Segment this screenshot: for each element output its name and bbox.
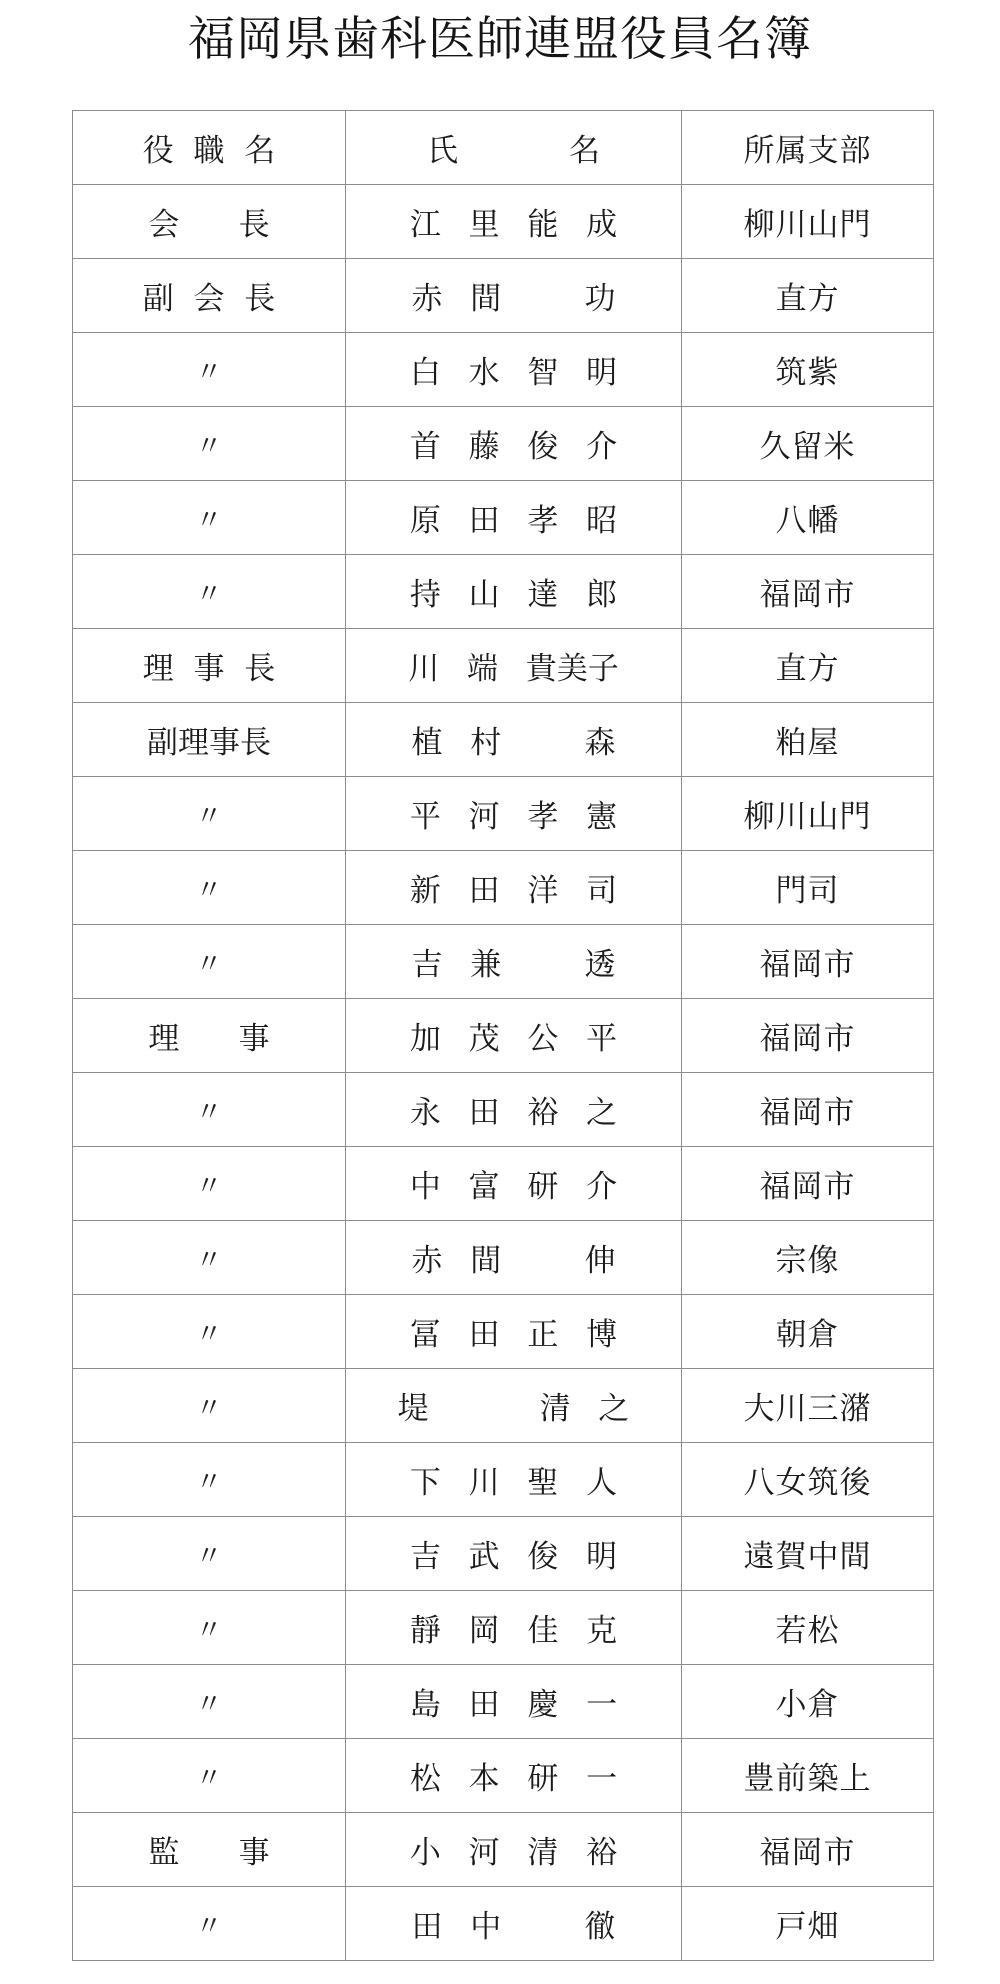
name-cell: 下 川 聖 人 (346, 1443, 682, 1517)
position-cell: 理 事 (73, 999, 346, 1073)
name-cell: 松 本 研 一 (346, 1739, 682, 1813)
table-row: 〃吉 兼 透福岡市 (73, 925, 934, 999)
document-page: 福岡県歯科医師連盟役員名簿 役 職 名 氏 名 所属支部 会 長江 里 能 成柳… (0, 0, 1000, 1984)
name-cell: 中 富 研 介 (346, 1147, 682, 1221)
position-cell: 副理事長 (73, 703, 346, 777)
table-row: 〃吉 武 俊 明遠賀中間 (73, 1517, 934, 1591)
name-cell: 川 端 貴美子 (346, 629, 682, 703)
position-cell: 〃 (73, 851, 346, 925)
position-cell: 〃 (73, 1369, 346, 1443)
table-row: 〃平 河 孝 憲柳川山門 (73, 777, 934, 851)
name-cell: 平 河 孝 憲 (346, 777, 682, 851)
name-cell: 靜 岡 佳 克 (346, 1591, 682, 1665)
table-row: 会 長江 里 能 成柳川山門 (73, 185, 934, 259)
position-cell: 監 事 (73, 1813, 346, 1887)
position-cell: 〃 (73, 1517, 346, 1591)
position-cell: 〃 (73, 1147, 346, 1221)
branch-cell: 豊前築上 (682, 1739, 934, 1813)
branch-cell: 朝倉 (682, 1295, 934, 1369)
name-cell: 堤 清 之 (346, 1369, 682, 1443)
position-cell: 〃 (73, 1295, 346, 1369)
position-cell: 〃 (73, 407, 346, 481)
table-row: 監 事小 河 清 裕福岡市 (73, 1813, 934, 1887)
table-row: 〃首 藤 俊 介久留米 (73, 407, 934, 481)
header-name: 氏 名 (346, 111, 682, 185)
branch-cell: 小倉 (682, 1665, 934, 1739)
table-row: 〃松 本 研 一豊前築上 (73, 1739, 934, 1813)
name-cell: 赤 間 伸 (346, 1221, 682, 1295)
position-cell: 〃 (73, 555, 346, 629)
position-cell: 〃 (73, 1591, 346, 1665)
position-cell: 〃 (73, 1073, 346, 1147)
branch-cell: 遠賀中間 (682, 1517, 934, 1591)
branch-cell: 福岡市 (682, 1147, 934, 1221)
position-cell: 会 長 (73, 185, 346, 259)
name-cell: 小 河 清 裕 (346, 1813, 682, 1887)
branch-cell: 福岡市 (682, 999, 934, 1073)
name-cell: 島 田 慶 一 (346, 1665, 682, 1739)
name-cell: 永 田 裕 之 (346, 1073, 682, 1147)
position-cell: 〃 (73, 777, 346, 851)
position-cell: 〃 (73, 1221, 346, 1295)
branch-cell: 久留米 (682, 407, 934, 481)
branch-cell: 福岡市 (682, 555, 934, 629)
table-row: 〃中 富 研 介福岡市 (73, 1147, 934, 1221)
table-row: 副 会 長赤 間 功直方 (73, 259, 934, 333)
name-cell: 持 山 達 郎 (346, 555, 682, 629)
name-cell: 赤 間 功 (346, 259, 682, 333)
table-row: 〃堤 清 之大川三潴 (73, 1369, 934, 1443)
roster-table: 役 職 名 氏 名 所属支部 会 長江 里 能 成柳川山門副 会 長赤 間 功直… (72, 110, 934, 1961)
branch-cell: 筑紫 (682, 333, 934, 407)
branch-cell: 福岡市 (682, 925, 934, 999)
branch-cell: 柳川山門 (682, 777, 934, 851)
position-cell: 〃 (73, 1665, 346, 1739)
name-cell: 植 村 森 (346, 703, 682, 777)
branch-cell: 門司 (682, 851, 934, 925)
table-row: 〃永 田 裕 之福岡市 (73, 1073, 934, 1147)
name-cell: 加 茂 公 平 (346, 999, 682, 1073)
table-row: 〃靜 岡 佳 克若松 (73, 1591, 934, 1665)
table-row: 〃新 田 洋 司門司 (73, 851, 934, 925)
branch-cell: 福岡市 (682, 1073, 934, 1147)
branch-cell: 宗像 (682, 1221, 934, 1295)
position-cell: 〃 (73, 925, 346, 999)
position-cell: 〃 (73, 333, 346, 407)
branch-cell: 福岡市 (682, 1813, 934, 1887)
branch-cell: 柳川山門 (682, 185, 934, 259)
name-cell: 吉 兼 透 (346, 925, 682, 999)
header-position: 役 職 名 (73, 111, 346, 185)
table-row: 〃白 水 智 明筑紫 (73, 333, 934, 407)
table-row: 〃冨 田 正 博朝倉 (73, 1295, 934, 1369)
name-cell: 白 水 智 明 (346, 333, 682, 407)
position-cell: 〃 (73, 1739, 346, 1813)
table-row: 〃持 山 達 郎福岡市 (73, 555, 934, 629)
header-branch: 所属支部 (682, 111, 934, 185)
branch-cell: 八女筑後 (682, 1443, 934, 1517)
position-cell: 理 事 長 (73, 629, 346, 703)
name-cell: 冨 田 正 博 (346, 1295, 682, 1369)
position-cell: 〃 (73, 481, 346, 555)
name-cell: 田 中 徹 (346, 1887, 682, 1961)
name-cell: 吉 武 俊 明 (346, 1517, 682, 1591)
branch-cell: 直方 (682, 259, 934, 333)
name-cell: 新 田 洋 司 (346, 851, 682, 925)
name-cell: 江 里 能 成 (346, 185, 682, 259)
name-cell: 原 田 孝 昭 (346, 481, 682, 555)
table-row: 〃田 中 徹戸畑 (73, 1887, 934, 1961)
position-cell: 〃 (73, 1443, 346, 1517)
branch-cell: 直方 (682, 629, 934, 703)
branch-cell: 大川三潴 (682, 1369, 934, 1443)
header-row: 役 職 名 氏 名 所属支部 (73, 111, 934, 185)
position-cell: 副 会 長 (73, 259, 346, 333)
branch-cell: 八幡 (682, 481, 934, 555)
table-row: 理 事 長川 端 貴美子直方 (73, 629, 934, 703)
table-row: 〃下 川 聖 人八女筑後 (73, 1443, 934, 1517)
branch-cell: 粕屋 (682, 703, 934, 777)
branch-cell: 戸畑 (682, 1887, 934, 1961)
roster-body: 会 長江 里 能 成柳川山門副 会 長赤 間 功直方〃白 水 智 明筑紫〃首 藤… (73, 185, 934, 1961)
table-row: 〃島 田 慶 一小倉 (73, 1665, 934, 1739)
table-row: 〃赤 間 伸宗像 (73, 1221, 934, 1295)
table-row: 副理事長植 村 森粕屋 (73, 703, 934, 777)
position-cell: 〃 (73, 1887, 346, 1961)
name-cell: 首 藤 俊 介 (346, 407, 682, 481)
branch-cell: 若松 (682, 1591, 934, 1665)
table-row: 理 事加 茂 公 平福岡市 (73, 999, 934, 1073)
page-title: 福岡県歯科医師連盟役員名簿 (0, 2, 1000, 69)
table-row: 〃原 田 孝 昭八幡 (73, 481, 934, 555)
roster-table-grid: 役 職 名 氏 名 所属支部 会 長江 里 能 成柳川山門副 会 長赤 間 功直… (72, 110, 934, 1961)
